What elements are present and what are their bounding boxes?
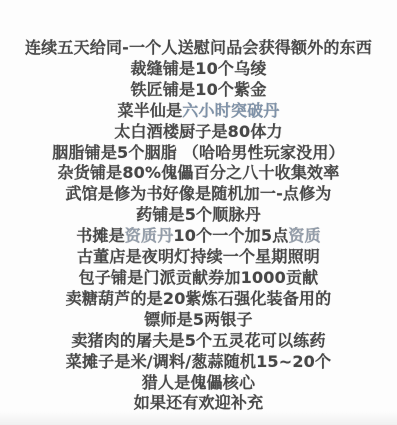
text-segment: 菜半仙是 bbox=[117, 101, 182, 120]
text-line: 武馆是修为书好像是随机加一-点修为 bbox=[0, 184, 397, 205]
text-line: 镖师是5两银子 bbox=[0, 310, 397, 331]
text-line: 菜半仙是六小时突破丹 bbox=[0, 101, 397, 122]
text-segment: 古董店是夜明灯持续一个星期照明 bbox=[77, 247, 320, 266]
text-segment: 资质 bbox=[288, 226, 320, 245]
text-line: 卖糖葫芦的是20紫炼石强化装备用的 bbox=[0, 289, 397, 310]
text-segment: 卖糖葫芦的是20紫炼石强化装备用的 bbox=[66, 289, 332, 308]
text-segment: 铁匠铺是10个紫金 bbox=[130, 80, 266, 99]
text-line: 如果还有欢迎补充 bbox=[0, 393, 397, 414]
text-segment: 猎人是傀儡核心 bbox=[142, 373, 255, 392]
text-line: 铁匠铺是10个紫金 bbox=[0, 80, 397, 101]
text-segment: 太白酒楼厨子是80体力 bbox=[114, 122, 282, 141]
text-segment: 如果还有欢迎补充 bbox=[134, 393, 264, 412]
text-segment: 菜摊子是米/调料/葱蒜随机15~20个 bbox=[66, 352, 331, 371]
text-line: 连续五天给同-一个人送慰问品会获得额外的东西 bbox=[0, 38, 397, 59]
text-line: 胭脂铺是5个胭脂 （哈哈男性玩家没用） bbox=[0, 143, 397, 164]
text-segment: 镖师是5两银子 bbox=[144, 310, 253, 329]
text-segment: 药铺是5个顺脉丹 bbox=[136, 205, 261, 224]
text-line: 菜摊子是米/调料/葱蒜随机15~20个 bbox=[0, 352, 397, 373]
text-line: 古董店是夜明灯持续一个星期照明 bbox=[0, 247, 397, 268]
text-line: 包子铺是门派贡献券加1000贡献 bbox=[0, 268, 397, 289]
text-segment: 裁缝铺是10个乌绫 bbox=[130, 59, 266, 78]
text-segment: 10个一个加5点 bbox=[173, 226, 288, 245]
text-segment: 资质丹 bbox=[125, 226, 174, 245]
notes-list: 连续五天给同-一个人送慰问品会获得额外的东西裁缝铺是10个乌绫铁匠铺是10个紫金… bbox=[0, 38, 397, 414]
text-line: 裁缝铺是10个乌绫 bbox=[0, 59, 397, 80]
text-segment: 书摊是 bbox=[76, 226, 125, 245]
text-line: 卖猪肉的屠夫是5个五灵花可以练药 bbox=[0, 331, 397, 352]
text-segment: 连续五天给同-一个人送慰问品会获得额外的东西 bbox=[25, 38, 372, 57]
text-segment: 卖猪肉的屠夫是5个五灵花可以练药 bbox=[71, 331, 325, 350]
text-line: 药铺是5个顺脉丹 bbox=[0, 205, 397, 226]
text-segment: 包子铺是门派贡献券加1000贡献 bbox=[79, 268, 319, 287]
text-line: 猎人是傀儡核心 bbox=[0, 373, 397, 394]
text-segment: 杂货铺是80%傀儡百分之八十收集效率 bbox=[58, 163, 340, 182]
text-segment: 武馆是修为书好像是随机加一-点修为 bbox=[65, 184, 331, 203]
text-line: 杂货铺是80%傀儡百分之八十收集效率 bbox=[0, 163, 397, 184]
text-segment: 胭脂铺是5个胭脂 （哈哈男性玩家没用） bbox=[52, 143, 345, 162]
text-line: 太白酒楼厨子是80体力 bbox=[0, 122, 397, 143]
text-line: 书摊是资质丹10个一个加5点资质 bbox=[0, 226, 397, 247]
text-segment: 六小时突破丹 bbox=[182, 101, 279, 120]
page-background: 连续五天给同-一个人送慰问品会获得额外的东西裁缝铺是10个乌绫铁匠铺是10个紫金… bbox=[0, 0, 397, 425]
